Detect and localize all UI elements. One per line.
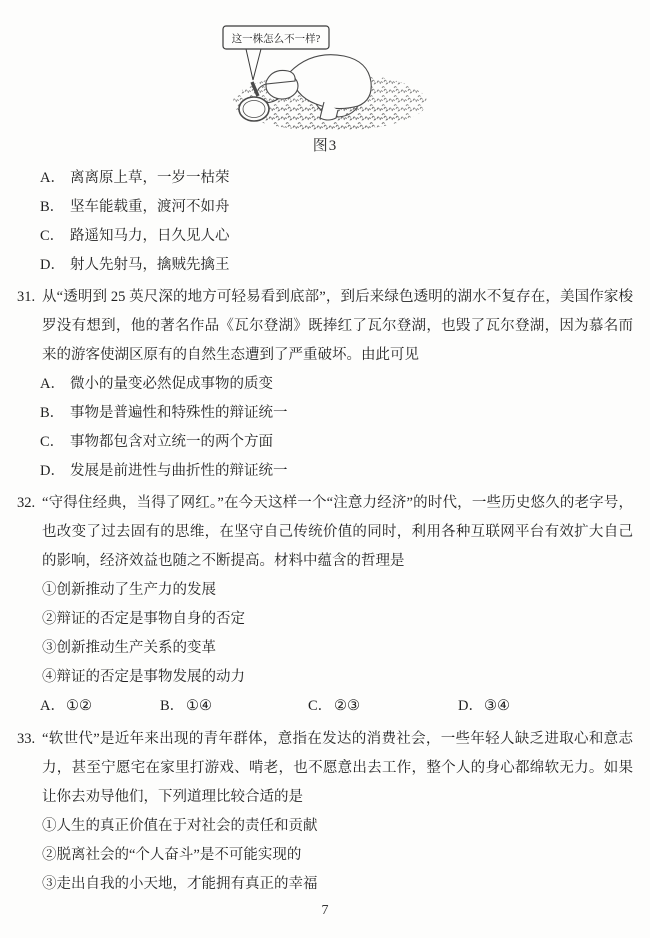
option-letter: C． (40, 428, 70, 457)
q31-option-b: B．事物是普遍性和特殊性的辩证统一 (40, 399, 650, 428)
question-number: 33. (17, 725, 42, 812)
question-stem: “软世代”是近年来出现的青年群体，意指在发达的消费社会，一些年轻人缺乏进取心和意… (42, 725, 633, 812)
exam-page: 这一株怎么不一样? 图3 A．离离原上草，一岁一枯荣 B．坚车能载重，渡河不如舟… (0, 0, 650, 938)
q32-item-4: ④辩证的否定是事物发展的动力 (42, 663, 650, 692)
poem-option-a: A．离离原上草，一岁一枯荣 (40, 164, 650, 193)
option-text: 路遥知马力，日久见人心 (70, 228, 230, 244)
q32-item-1: ①创新推动了生产力的发展 (42, 576, 650, 605)
q32-choice-d: D．③④ (458, 692, 510, 721)
option-letter: D． (40, 457, 70, 486)
q33-item-2: ②脱离社会的“个人奋斗”是不可能实现的 (42, 841, 650, 870)
choice-letter: A． (40, 692, 66, 721)
q32-choices: A．①② B．①④ C．②③ D．③④ (0, 692, 650, 721)
poem-option-b: B．坚车能载重，渡河不如舟 (40, 193, 650, 222)
question-stem: “守得住经典，当得了网红。”在今天这样一个“注意力经济”的时代，一些历史悠久的老… (42, 489, 633, 576)
q32-choice-c: C．②③ (308, 692, 360, 721)
option-text: 坚车能载重，渡河不如舟 (70, 199, 230, 215)
choice-letter: B． (160, 692, 186, 721)
q33-item-1: ①人生的真正价值在于对社会的责任和贡献 (42, 812, 650, 841)
option-letter: B． (40, 193, 70, 222)
page-number: 7 (0, 903, 650, 919)
choice-text: ②③ (334, 698, 360, 714)
q31-option-c: C．事物都包含对立统一的两个方面 (40, 428, 650, 457)
question-31: 31. 从“透明到 25 英尺深的地方可轻易看到底部”，到后来绿色透明的湖水不复… (0, 283, 650, 486)
cartoon-drawing: 这一株怎么不一样? (220, 22, 430, 134)
choice-letter: D． (458, 692, 484, 721)
poem-option-d: D．射人先射马，擒贼先擒王 (40, 251, 650, 280)
choice-text: ③④ (484, 698, 510, 714)
figure-caption: 图3 (220, 134, 430, 158)
figure-cartoon: 这一株怎么不一样? 图3 (220, 0, 430, 158)
option-letter: C． (40, 222, 70, 251)
q31-option-a: A．微小的量变必然促成事物的质变 (40, 370, 650, 399)
q32-choice-b: B．①④ (160, 692, 212, 721)
q32-choice-a: A．①② (40, 692, 92, 721)
poem-option-c: C．路遥知马力，日久见人心 (40, 222, 650, 251)
question-stem: 从“透明到 25 英尺深的地方可轻易看到底部”，到后来绿色透明的湖水不复存在，美… (42, 283, 633, 370)
poem-options: A．离离原上草，一岁一枯荣 B．坚车能载重，渡河不如舟 C．路遥知马力，日久见人… (0, 164, 650, 280)
option-text: 离离原上草，一岁一枯荣 (70, 170, 230, 186)
choice-letter: C． (308, 692, 334, 721)
choice-text: ①② (66, 698, 92, 714)
choice-text: ①④ (186, 698, 212, 714)
option-letter: A． (40, 370, 70, 399)
option-letter: A． (40, 164, 70, 193)
option-text: 事物都包含对立统一的两个方面 (70, 434, 273, 450)
speech-bubble-text: 这一株怎么不一样? (232, 32, 321, 45)
q32-item-2: ②辩证的否定是事物自身的否定 (42, 605, 650, 634)
option-text: 事物是普遍性和特殊性的辩证统一 (70, 405, 288, 421)
q32-item-3: ③创新推动生产关系的变革 (42, 634, 650, 663)
option-letter: B． (40, 399, 70, 428)
question-number: 31. (17, 283, 42, 370)
question-32: 32. “守得住经典，当得了网红。”在今天这样一个“注意力经济”的时代，一些历史… (0, 489, 650, 721)
option-text: 微小的量变必然促成事物的质变 (70, 376, 273, 392)
question-number: 32. (17, 489, 42, 576)
q31-option-d: D．发展是前进性与曲折性的辩证统一 (40, 457, 650, 486)
question-33: 33. “软世代”是近年来出现的青年群体，意指在发达的消费社会，一些年轻人缺乏进… (0, 725, 650, 899)
option-text: 发展是前进性与曲折性的辩证统一 (70, 463, 288, 479)
option-text: 射人先射马，擒贼先擒王 (70, 257, 230, 273)
option-letter: D． (40, 251, 70, 280)
q33-item-3: ③走出自我的小天地，才能拥有真正的幸福 (42, 870, 650, 899)
